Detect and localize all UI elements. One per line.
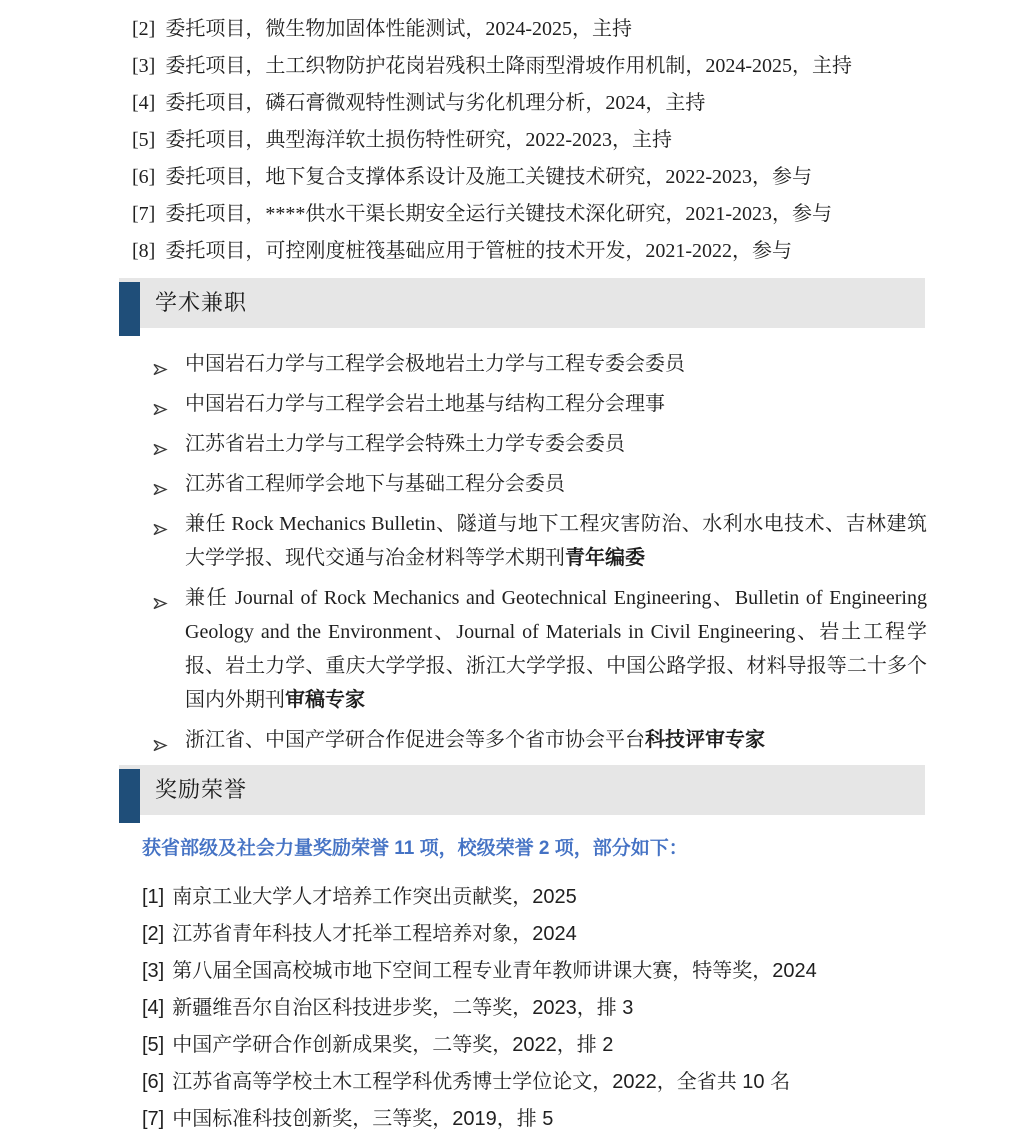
- item-text: 兼任 Rock Mechanics Bulletin、隧道与地下工程灾害防治、水…: [185, 513, 927, 569]
- section-header-awards: 奖励荣誉: [119, 765, 925, 815]
- list-item: [5]委托项目，典型海洋软土损伤特性研究，2022-2023，主持: [132, 122, 942, 159]
- list-item: 中国岩石力学与工程学会岩土地基与结构工程分会理事: [152, 387, 927, 421]
- item-text: 江苏省岩土力学与工程学会特殊土力学专委会委员: [185, 433, 625, 455]
- item-bold-text: 科技评审专家: [645, 729, 765, 751]
- awards-summary: 获省部级及社会力量奖励荣誉 11 项，校级荣誉 2 项，部分如下：: [142, 833, 688, 860]
- list-item: [3]委托项目，土工织物防护花岗岩残积土降雨型滑坡作用机制，2024-2025，…: [132, 48, 942, 85]
- item-text: 第八届全国高校城市地下空间工程专业青年教师讲课大赛，特等奖，2024: [172, 960, 817, 982]
- item-number: [1]: [142, 879, 164, 916]
- list-item: [7]委托项目，****供水干渠长期安全运行关键技术深化研究，2021-2023…: [132, 196, 942, 233]
- list-item: 江苏省岩土力学与工程学会特殊土力学专委会委员: [152, 427, 927, 461]
- section-header-academic: 学术兼职: [119, 278, 925, 328]
- list-item: 兼任 Journal of Rock Mechanics and Geotech…: [152, 581, 927, 717]
- list-item: 中国岩石力学与工程学会极地岩土力学与工程专委会委员: [152, 347, 927, 381]
- item-text: 南京工业大学人才培养工作突出贡献奖，2025: [172, 886, 577, 908]
- item-number: [4]: [142, 990, 164, 1027]
- item-text: 委托项目，****供水干渠长期安全运行关键技术深化研究，2021-2023，参与: [165, 203, 832, 225]
- section-title: 学术兼职: [155, 278, 247, 328]
- item-text: 江苏省高等学校土木工程学科优秀博士学位论文，2022，全省共 10 名: [172, 1071, 790, 1093]
- item-text: 江苏省青年科技人才托举工程培养对象，2024: [172, 923, 577, 945]
- item-text: 中国产学研合作创新成果奖，二等奖，2022，排 2: [172, 1034, 613, 1056]
- item-number: [7]: [132, 196, 155, 233]
- item-text: 委托项目，典型海洋软土损伤特性研究，2022-2023，主持: [165, 129, 672, 151]
- item-number: [5]: [132, 122, 155, 159]
- list-item: [8]委托项目，可控刚度桩筏基础应用于管桩的技术开发，2021-2022，参与: [132, 233, 942, 270]
- list-item: [6]委托项目，地下复合支撑体系设计及施工关键技术研究，2022-2023，参与: [132, 159, 942, 196]
- academic-positions-list: 中国岩石力学与工程学会极地岩土力学与工程专委会委员 中国岩石力学与工程学会岩土地…: [152, 347, 927, 763]
- list-item: [6]江苏省高等学校土木工程学科优秀博士学位论文，2022，全省共 10 名: [142, 1064, 952, 1101]
- item-number: [6]: [132, 159, 155, 196]
- item-number: [4]: [132, 85, 155, 122]
- item-text: 中国岩石力学与工程学会岩土地基与结构工程分会理事: [185, 393, 665, 415]
- accent-bar: [119, 282, 140, 336]
- item-number: [5]: [142, 1027, 164, 1064]
- item-text: 中国标准科技创新奖，三等奖，2019，排 5: [172, 1108, 553, 1130]
- item-text: 江苏省工程师学会地下与基础工程分会委员: [185, 473, 565, 495]
- item-bold-text: 审稿专家: [285, 689, 365, 711]
- item-text: 新疆维吾尔自治区科技进步奖，二等奖，2023，排 3: [172, 997, 633, 1019]
- item-number: [3]: [142, 953, 164, 990]
- item-text: 委托项目，地下复合支撑体系设计及施工关键技术研究，2022-2023，参与: [165, 166, 812, 188]
- list-item: [3]第八届全国高校城市地下空间工程专业青年教师讲课大赛，特等奖，2024: [142, 953, 952, 990]
- item-number: [3]: [132, 48, 155, 85]
- item-number: [7]: [142, 1101, 164, 1138]
- arrow-bullet-icon: [152, 395, 169, 412]
- item-text: 委托项目，磷石膏微观特性测试与劣化机理分析，2024，主持: [165, 92, 705, 114]
- list-item: 兼任 Rock Mechanics Bulletin、隧道与地下工程灾害防治、水…: [152, 507, 927, 575]
- item-number: [8]: [132, 233, 155, 270]
- list-item: 浙江省、中国产学研合作促进会等多个省市协会平台科技评审专家: [152, 723, 927, 757]
- list-item: 江苏省工程师学会地下与基础工程分会委员: [152, 467, 927, 501]
- awards-list: [1]南京工业大学人才培养工作突出贡献奖，2025 [2]江苏省青年科技人才托举…: [142, 879, 952, 1138]
- list-item: [2]委托项目，微生物加固体性能测试，2024-2025，主持: [132, 11, 942, 48]
- item-number: [2]: [142, 916, 164, 953]
- item-text: 浙江省、中国产学研合作促进会等多个省市协会平台: [185, 729, 645, 751]
- item-number: [2]: [132, 11, 155, 48]
- list-item: [7]中国标准科技创新奖，三等奖，2019，排 5: [142, 1101, 952, 1138]
- item-bold-text: 青年编委: [565, 547, 645, 569]
- cv-document-page: [2]委托项目，微生物加固体性能测试，2024-2025，主持 [3]委托项目，…: [0, 0, 1018, 1146]
- list-item: [2]江苏省青年科技人才托举工程培养对象，2024: [142, 916, 952, 953]
- item-text: 委托项目，微生物加固体性能测试，2024-2025，主持: [165, 18, 632, 40]
- section-title: 奖励荣誉: [155, 765, 247, 815]
- list-item: [5]中国产学研合作创新成果奖，二等奖，2022，排 2: [142, 1027, 952, 1064]
- arrow-bullet-icon: [152, 475, 169, 492]
- item-text: 委托项目，土工织物防护花岗岩残积土降雨型滑坡作用机制，2024-2025，主持: [165, 55, 852, 77]
- item-number: [6]: [142, 1064, 164, 1101]
- arrow-bullet-icon: [152, 515, 169, 532]
- arrow-bullet-icon: [152, 731, 169, 748]
- list-item: [4]委托项目，磷石膏微观特性测试与劣化机理分析，2024，主持: [132, 85, 942, 122]
- arrow-bullet-icon: [152, 435, 169, 452]
- item-text: 中国岩石力学与工程学会极地岩土力学与工程专委会委员: [185, 353, 685, 375]
- list-item: [4]新疆维吾尔自治区科技进步奖，二等奖，2023，排 3: [142, 990, 952, 1027]
- arrow-bullet-icon: [152, 589, 169, 606]
- accent-bar: [119, 769, 140, 823]
- projects-list: [2]委托项目，微生物加固体性能测试，2024-2025，主持 [3]委托项目，…: [132, 11, 942, 270]
- item-text: 委托项目，可控刚度桩筏基础应用于管桩的技术开发，2021-2022，参与: [165, 240, 792, 262]
- list-item: [1]南京工业大学人才培养工作突出贡献奖，2025: [142, 879, 952, 916]
- arrow-bullet-icon: [152, 355, 169, 372]
